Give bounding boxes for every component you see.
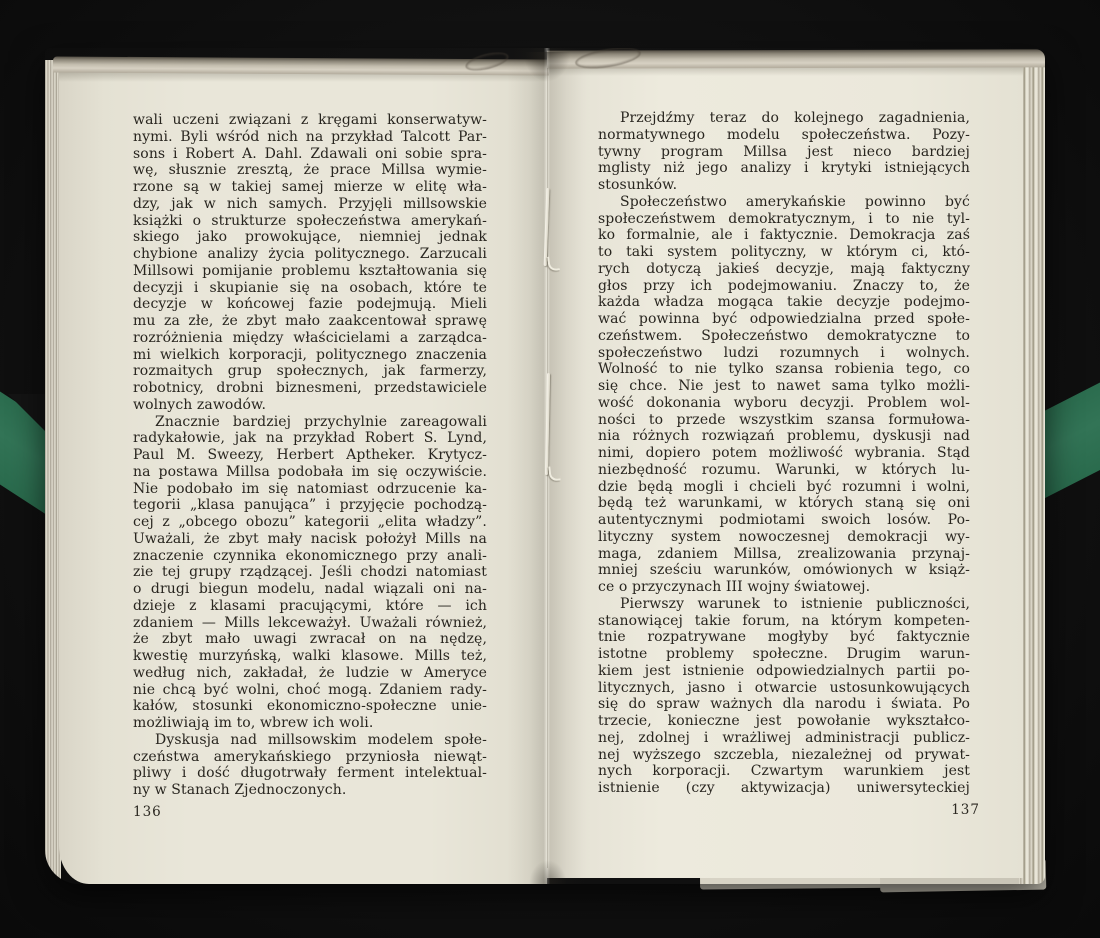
scan-background: wali uczeni związani z kręgami konserwat… <box>0 0 1100 938</box>
text-line: Nie podobało im się natomiast odrzucenie… <box>133 481 487 498</box>
text-line: chybione analizy życia politycznego. Zar… <box>133 246 487 263</box>
text-line: lityczny system nowoczesnej demokracji w… <box>598 529 970 546</box>
text-line: Znacznie bardziej przychylnie zareagowal… <box>133 414 487 431</box>
text-line: społeczeństwem demokratycznym, i to nie … <box>598 211 970 228</box>
text-line: ności to przede wszystkim szansa formuło… <box>598 412 970 429</box>
text-line: nej, zdolnej i wrażliwej administracji p… <box>598 730 970 747</box>
text-line: wę, słusznie zresztą, że prace Millsa wy… <box>133 162 487 179</box>
text-line: normatywnego modelu społeczeństwa. Pozy- <box>598 127 970 144</box>
text-line: maga, zdaniem Millsa, zrealizowania przy… <box>598 546 970 563</box>
text-line: stosunków. <box>598 177 970 194</box>
text-line: na postawa Millsa podobała im się oczywi… <box>133 464 487 481</box>
text-line: decyzji i skupianie się na osobach, któr… <box>133 280 487 297</box>
gutter-bottom-shadow <box>529 860 567 884</box>
text-line: będą też warunkami, w których staną się … <box>598 495 970 512</box>
text-line: dzy, jak w nich samych. Przyjęli millsow… <box>133 196 487 213</box>
text-line: wać powinna być odpowiedzialna przed spo… <box>598 311 970 328</box>
text-line: rozmaitych grup społecznych, jak farmerz… <box>133 363 487 380</box>
text-line: możliwiają im to, wbrew ich woli. <box>133 715 487 732</box>
text-line: kiem jest istnienie odpowiedzialnych par… <box>598 663 970 680</box>
text-line: rzone są w takiej samej mierze w elitę w… <box>133 179 487 196</box>
text-line: wolnych zawodów. <box>133 397 487 414</box>
text-line: książki o strukturze społeczeństwa amery… <box>133 213 487 230</box>
text-line: zie tej grupy rządzącej. Jeśli chodzi na… <box>133 564 487 581</box>
text-line: znaczenie czynnika ekonomicznego przy an… <box>133 548 487 565</box>
text-line: Społeczeństwo amerykańskie powinno być <box>598 194 970 211</box>
text-line: sons i Robert A. Dahl. Zdawali oni sobie… <box>133 146 487 163</box>
text-line: nie chcą być wolni, choć mogą. Zdaniem r… <box>133 682 487 699</box>
text-line: głos przy ich podejmowaniu. Znaczy to, ż… <box>598 278 970 295</box>
text-line: mi wielkich korporacji, politycznego zna… <box>133 347 487 364</box>
text-line: kałów, stosunki ekonomiczno-społeczne un… <box>133 698 487 715</box>
text-line: społeczeństwo ludzi rozumnych i wolnych. <box>598 345 970 362</box>
text-line: pliwy i dość długotrwały ferment intelek… <box>133 765 487 782</box>
text-line: nimi, dopiero potem możliwość wybrania. … <box>598 445 970 462</box>
page-number-right: 137 <box>598 802 980 818</box>
text-line: się chce. Nie jest to nawet sama tylko m… <box>598 378 970 395</box>
text-line: dzieje z klasami pracującymi, które — ic… <box>133 598 487 615</box>
text-line: mniej sześciu warunków, omówionych w ksi… <box>598 562 970 579</box>
page-left-text: wali uczeni związani z kręgami konserwat… <box>133 112 487 799</box>
text-line: trzecie, konieczne jest powołanie wykszt… <box>598 713 970 730</box>
page-right-text: Przejdźmy teraz do kolejnego zagadnienia… <box>598 110 970 797</box>
text-line: wość dokonania wyboru decyzji. Problem w… <box>598 395 970 412</box>
text-line: decyzje w końcowej fazie podejmują. Miel… <box>133 296 487 313</box>
text-line: istotne problemy społeczne. Drugim warun… <box>598 646 970 663</box>
text-line: mu za złe, że zbyt mało zaakcentował spr… <box>133 313 487 330</box>
text-line: niezbędność rozumu. Warunki, w których l… <box>598 462 970 479</box>
text-line: tnie rozpatrywane mogłyby być faktycznie <box>598 629 970 646</box>
text-line: mglisty niż jego analizy i krytyki istni… <box>598 160 970 177</box>
text-line: o drugi biegun modelu, nadal wiązali oni… <box>133 581 487 598</box>
text-line: ce o przyczynach III wojny światowej. <box>598 579 970 596</box>
text-line: stanowiącej takie forum, na którym kompe… <box>598 613 970 630</box>
gutter-top-shadow <box>523 52 571 82</box>
text-line: rozróżnienia między właścicielami a zarz… <box>133 330 487 347</box>
text-line: tegorii „klasa panująca” i przyjęcie poc… <box>133 497 487 514</box>
text-line: to taki system polityczny, w którym ci, … <box>598 244 970 261</box>
text-line: czeństwem. Społeczeństwo demokratyczne t… <box>598 328 970 345</box>
text-line: nej wyższego szczebla, niezależnej od pr… <box>598 747 970 764</box>
text-line: tywny program Millsa jest nieco bardziej <box>598 144 970 161</box>
text-line: ko formalnie, ale i faktycznie. Demokrac… <box>598 227 970 244</box>
text-line: istnienie (czy aktywizacja) uniwersyteck… <box>598 780 970 797</box>
text-line: robotnicy, drobni biznesmeni, przedstawi… <box>133 380 487 397</box>
text-line: skiego jako prowokujące, niemniej jednak <box>133 229 487 246</box>
text-line: że zbyt mało uwagi zwracał on na nędzę, <box>133 631 487 648</box>
text-line: Przejdźmy teraz do kolejnego zagadnienia… <box>598 110 970 127</box>
text-line: wali uczeni związani z kręgami konserwat… <box>133 112 487 129</box>
text-line: cej z „obcego obozu” kategorii „elita wł… <box>133 514 487 531</box>
text-line: nych korporacji. Czwartym warunkiem jest <box>598 763 970 780</box>
text-line: autentycznymi podmiotami swoich losów. P… <box>598 512 970 529</box>
text-line: według nich, zakładał, że ludzie w Amery… <box>133 665 487 682</box>
text-line: czeństwa amerykańskiego przyniosła niewą… <box>133 749 487 766</box>
text-line: radykałowie, jak na przykład Robert S. L… <box>133 430 487 447</box>
text-line: Uważali, że zbyt mały nacisk położył Mil… <box>133 531 487 548</box>
text-line: Millsowi pomijanie problemu kształtowani… <box>133 263 487 280</box>
text-line: zdaniem — Mills lekceważył. Uważali równ… <box>133 615 487 632</box>
text-line: ny w Stanach Zjednoczonych. <box>133 782 487 799</box>
page-number-left: 136 <box>133 804 162 820</box>
open-book: wali uczeni związani z kręgami konserwat… <box>0 0 1100 938</box>
text-line: nymi. Byli wśród nich na przykład Talcot… <box>133 129 487 146</box>
text-line: kwestię murzyńską, walki klasowe. Mills … <box>133 648 487 665</box>
text-line: każda władza mogąca takie decyzje podejm… <box>598 294 970 311</box>
text-line: dzie będą mogli i chcieli być rozumni i … <box>598 479 970 496</box>
text-line: Dyskusja nad millsowskim modelem społe- <box>133 732 487 749</box>
text-line: Pierwszy warunek to istnienie publicznoś… <box>598 596 970 613</box>
text-line: Wolność to nie tylko szansa robienia teg… <box>598 361 970 378</box>
text-line: rych dotyczą jakieś decyzje, mają faktyc… <box>598 261 970 278</box>
text-line: litycznych, jasno i otwarcie ustosunkowu… <box>598 680 970 697</box>
book-paper: wali uczeni związani z kręgami konserwat… <box>45 48 1045 884</box>
text-line: się do spraw ważnych dla narodu i świata… <box>598 696 970 713</box>
text-line: nia różnych rozwiązań problemu, dyskusji… <box>598 428 970 445</box>
text-line: Paul M. Sweezy, Herbert Aptheker. Krytyc… <box>133 447 487 464</box>
